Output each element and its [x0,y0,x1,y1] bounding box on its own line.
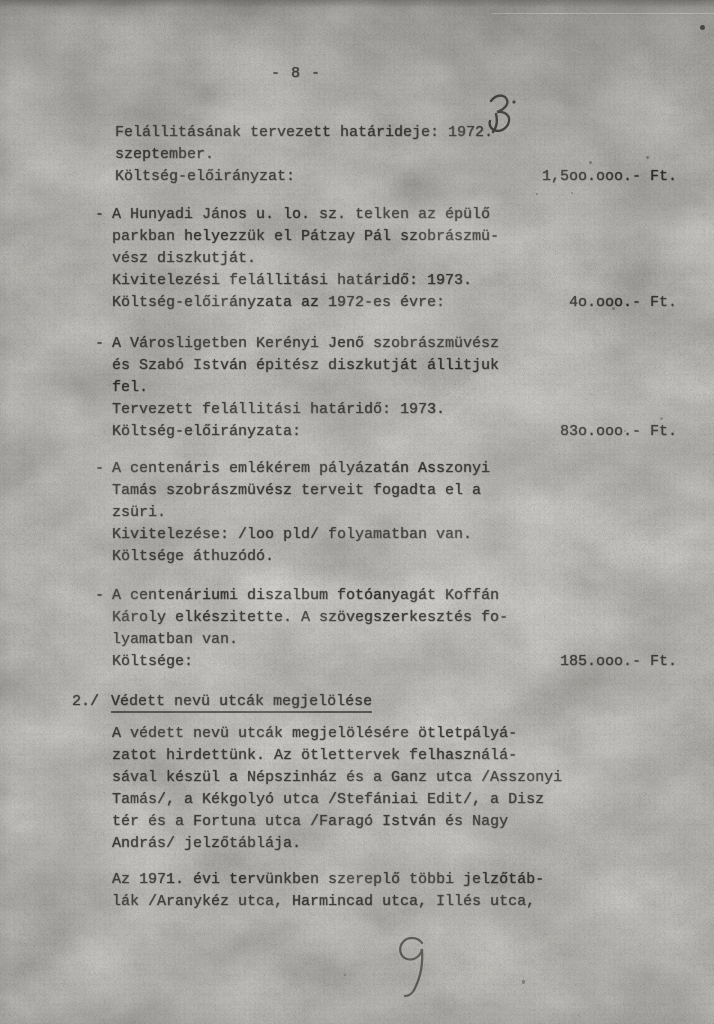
text-line: Felállitásának tervezett határideje: 197… [115,122,677,144]
bullet-item-centenary-album: - A centenáriumi diszalbum fotóanyagát K… [112,585,677,673]
dash-bullet: - [95,204,104,226]
cost-row: Költség-előirányzata az 1972-es évre: 4o… [112,292,677,314]
ink-speck [536,193,538,195]
paragraph-deadline: Felállitásának tervezett határideje: 197… [115,122,677,188]
dash-bullet: - [95,333,104,355]
cost-row: Költség-előirányzata: 83o.ooo.- Ft. [112,421,677,443]
text-line: Az 1971. évi tervünkben szereplő többi j… [112,869,677,891]
cost-row: Költsége: 185.ooo.- Ft. [112,651,677,673]
cost-label: Költség-előirányzata: [112,421,301,443]
cost-label: Költsége: [112,651,193,673]
text-line: lyamatban van. [112,629,677,651]
bullet-item-varosliget: - A Városligetben Kerényi Jenő szobrászm… [112,333,677,443]
text-line: és Szabó István épitész diszkutját állit… [112,355,677,377]
text-line: A Hunyadi János u. lo. sz. telken az épü… [112,204,677,226]
text-line: András/ jelzőtáblája. [112,833,677,855]
text-line: A Városligetben Kerényi Jenő szobrászmüv… [112,333,677,355]
text-line: lák /Aranykéz utca, Harmincad utca, Illé… [112,891,677,913]
section-title: Védett nevü utcák megjelölése [111,693,372,713]
pencil-speck [344,974,346,976]
paragraph-1971-plan: Az 1971. évi tervünkben szereplő többi j… [112,869,677,913]
text-line: A védett nevü utcák megjelölésére ötletp… [112,723,677,745]
text-line: Károly elkészitette. A szövegszerkesztés… [112,607,677,629]
text-line: parkban helyezzük el Pátzay Pál szobrász… [112,226,677,248]
section-heading: 2./ Védett nevü utcák megjelölése [72,691,372,713]
cost-row: Költség-előirányzat: 1,5oo.ooo.- Ft. [115,166,677,188]
ink-speck [571,192,573,194]
bullet-item-hunyadi: - A Hunyadi János u. lo. sz. telken az é… [112,204,677,314]
text-line: Tamás/, a Kékgolyó utca /Stefániai Edit/… [112,789,677,811]
cost-amount: 83o.ooo.- Ft. [560,421,677,443]
text-line: Tamás szobrászmüvész terveit fogadta el … [112,480,677,502]
scanned-document-page: - 8 - Felállitásának tervezett határidej… [0,0,714,1024]
text-line: A centenáriumi diszalbum fotóanyagát Kof… [112,585,677,607]
text-line: zsüri. [112,502,677,524]
dash-bullet: - [95,585,104,607]
handwritten-page-number [400,938,422,996]
text-line: sával készül a Népszinház és a Ganz utca… [112,767,677,789]
paragraph-street-signs: A védett nevü utcák megjelölésére ötletp… [112,723,677,855]
text-line: Kivitelezése: /loo pld/ folyamatban van. [112,524,677,546]
cost-amount: 4o.ooo.- Ft. [569,292,677,314]
text-line: Tervezett felállitási határidő: 1973. [112,399,677,421]
text-line: A centenáris emlékérem pályázatán Asszon… [112,458,677,480]
text-line: vész diszkutját. [112,248,677,270]
cost-amount: 1,5oo.ooo.- Ft. [542,166,677,188]
dash-bullet: - [95,458,104,480]
text-line: szeptember. [115,144,677,166]
cost-label: Költség-előirányzat: [115,166,295,188]
text-line: zatot hirdettünk. Az ötlettervek felhasz… [112,745,677,767]
section-number: 2./ [72,691,99,713]
page-number: - 8 - [271,63,321,85]
text-line: tér és a Fortuna utca /Faragó István és … [112,811,677,833]
cost-amount: 185.ooo.- Ft. [560,651,677,673]
pencil-speck [522,980,525,984]
text-line: Költsége áthuzódó. [112,546,677,568]
text-line: Kivitelezési felállitási határidő: 1973. [112,270,677,292]
cost-label: Költség-előirányzata az 1972-es évre: [112,292,445,314]
bullet-item-centenary-medal: - A centenáris emlékérem pályázatán Assz… [112,458,677,568]
scan-scratch-line [492,13,714,14]
text-line: fel. [112,377,677,399]
ink-speck [700,25,705,30]
